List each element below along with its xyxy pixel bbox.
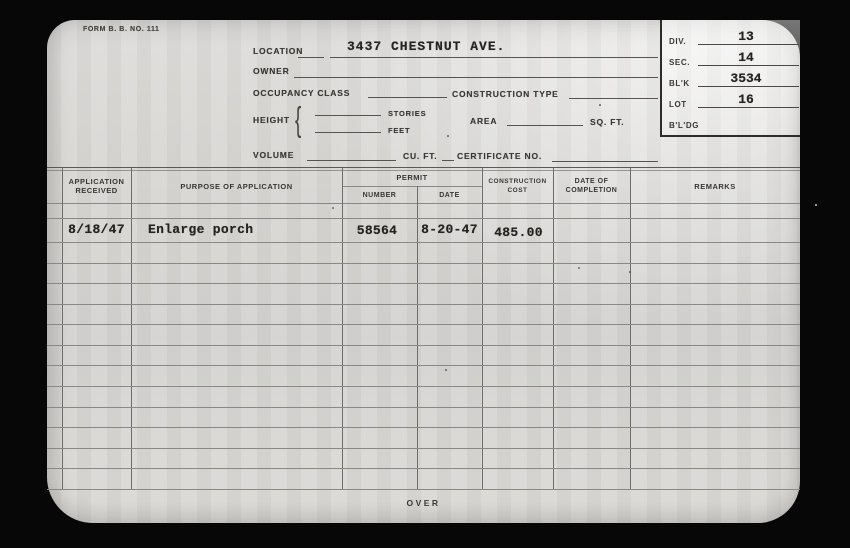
parcel-row-blk: BL'K 3534 [662, 69, 800, 90]
volume-underline [307, 160, 396, 161]
cell-purpose: Enlarge porch [148, 222, 253, 237]
parcel-row-lot: LOT 16 [662, 90, 800, 111]
lot-label: LOT [669, 100, 687, 109]
header-permit-number-label: NUMBER [363, 191, 397, 200]
scan-speck [815, 204, 817, 206]
header-permit-date: DATE [417, 186, 482, 204]
construction-type-label: CONSTRUCTION TYPE [452, 89, 559, 99]
table-spacer-row [47, 204, 800, 219]
table-empty-row [47, 366, 800, 387]
cell-permit-number: 58564 [342, 223, 412, 238]
cell-application-received: 8/18/47 [62, 222, 131, 237]
header-application-received-line1: APPLICATION [69, 177, 125, 186]
location-value: 3437 CHESTNUT AVE. [347, 39, 505, 54]
scan-speck [445, 369, 447, 371]
blk-label: BL'K [669, 79, 690, 88]
construction-type-underline [569, 98, 658, 99]
scan-speck [599, 104, 601, 106]
over-label: OVER [47, 498, 800, 508]
feet-label: FEET [388, 126, 410, 135]
header-permit-group: PERMIT [342, 168, 482, 186]
sec-underline [698, 65, 799, 66]
scan-speck [332, 207, 334, 209]
permit-subheader-line [342, 186, 482, 187]
location-label: LOCATION [253, 46, 303, 56]
div-value: 13 [692, 29, 800, 44]
height-label: HEIGHT [253, 115, 290, 125]
table-empty-row [47, 243, 800, 264]
table-row: 8/18/47 Enlarge porch 58564 8-20-47 485.… [47, 219, 800, 243]
stories-label: STORIES [388, 109, 426, 118]
occupancy-class-label: OCCUPANCY CLASS [253, 88, 350, 98]
certificate-label: CERTIFICATE NO. [457, 151, 542, 161]
height-brace: { [295, 101, 301, 140]
table-blank-rows [47, 243, 800, 490]
header-remarks-label: REMARKS [694, 182, 735, 191]
cuft-label: CU. FT. [403, 151, 437, 161]
cell-construction-cost: 485.00 [484, 225, 553, 240]
header-permit-number: NUMBER [342, 186, 417, 204]
table-empty-row [47, 346, 800, 367]
permit-card: FORM B. B. NO. 111 LOCATION 3437 CHESTNU… [47, 20, 800, 523]
feet-underline [315, 132, 381, 133]
table-empty-row [47, 325, 800, 346]
header-cost-line1: CONSTRUCTION [488, 177, 546, 186]
blk-underline [698, 86, 799, 87]
div-underline [698, 44, 799, 45]
location-underline [330, 57, 658, 58]
owner-label: OWNER [253, 66, 290, 76]
occupancy-class-underline [368, 97, 447, 98]
scan-speck [629, 271, 631, 273]
volume-label: VOLUME [253, 150, 294, 160]
scan-speck [447, 135, 449, 137]
parcel-row-div: DIV. 13 [662, 27, 800, 48]
table-rows: 8/18/47 Enlarge porch 58564 8-20-47 485.… [47, 204, 800, 490]
owner-underline [294, 77, 658, 78]
area-label: AREA [470, 116, 497, 126]
table-empty-row [47, 387, 800, 408]
parcel-row-bldg: B'L'DG [662, 111, 800, 132]
table-empty-row [47, 428, 800, 449]
header-cost-line2: COST [507, 186, 527, 195]
lot-value: 16 [692, 92, 800, 107]
table-empty-row [47, 449, 800, 470]
header-completion-line2: COMPLETION [566, 186, 618, 195]
header-completion-line1: DATE OF [575, 177, 609, 186]
bldg-label: B'L'DG [669, 121, 699, 130]
table-empty-row [47, 305, 800, 326]
header-permit-date-label: DATE [439, 191, 460, 200]
cell-permit-date: 8-20-47 [417, 222, 482, 237]
form-number: FORM B. B. NO. 111 [83, 26, 160, 33]
header-construction-cost: CONSTRUCTION COST [482, 168, 553, 204]
header-application-received-line2: RECEIVED [75, 186, 117, 195]
blk-value: 3534 [692, 71, 800, 86]
div-label: DIV. [669, 37, 686, 46]
sqft-label: SQ. FT. [590, 117, 624, 127]
parcel-row-sec: SEC. 14 [662, 48, 800, 69]
header-purpose: PURPOSE OF APPLICATION [131, 168, 342, 204]
table-empty-row [47, 408, 800, 429]
sec-value: 14 [692, 50, 800, 65]
header-date-of-completion: DATE OF COMPLETION [553, 168, 630, 204]
permit-table: APPLICATION RECEIVED PURPOSE OF APPLICAT… [47, 167, 800, 490]
area-underline [507, 125, 583, 126]
header-remarks: REMARKS [630, 168, 800, 204]
header-permit-label: PERMIT [396, 173, 427, 182]
table-empty-row [47, 264, 800, 285]
certificate-underline [552, 161, 658, 162]
stories-underline [315, 115, 381, 116]
header-application-received: APPLICATION RECEIVED [62, 168, 131, 204]
parcel-box: DIV. 13 SEC. 14 BL'K 3534 LOT 16 B'L'DG [660, 20, 800, 137]
table-empty-row [47, 284, 800, 305]
scan-speck [578, 267, 580, 269]
table-empty-row [47, 469, 800, 490]
header-purpose-label: PURPOSE OF APPLICATION [180, 182, 292, 191]
location-underline [298, 57, 324, 58]
lot-underline [698, 107, 799, 108]
sec-label: SEC. [669, 58, 690, 67]
cuft-underline [442, 160, 454, 161]
